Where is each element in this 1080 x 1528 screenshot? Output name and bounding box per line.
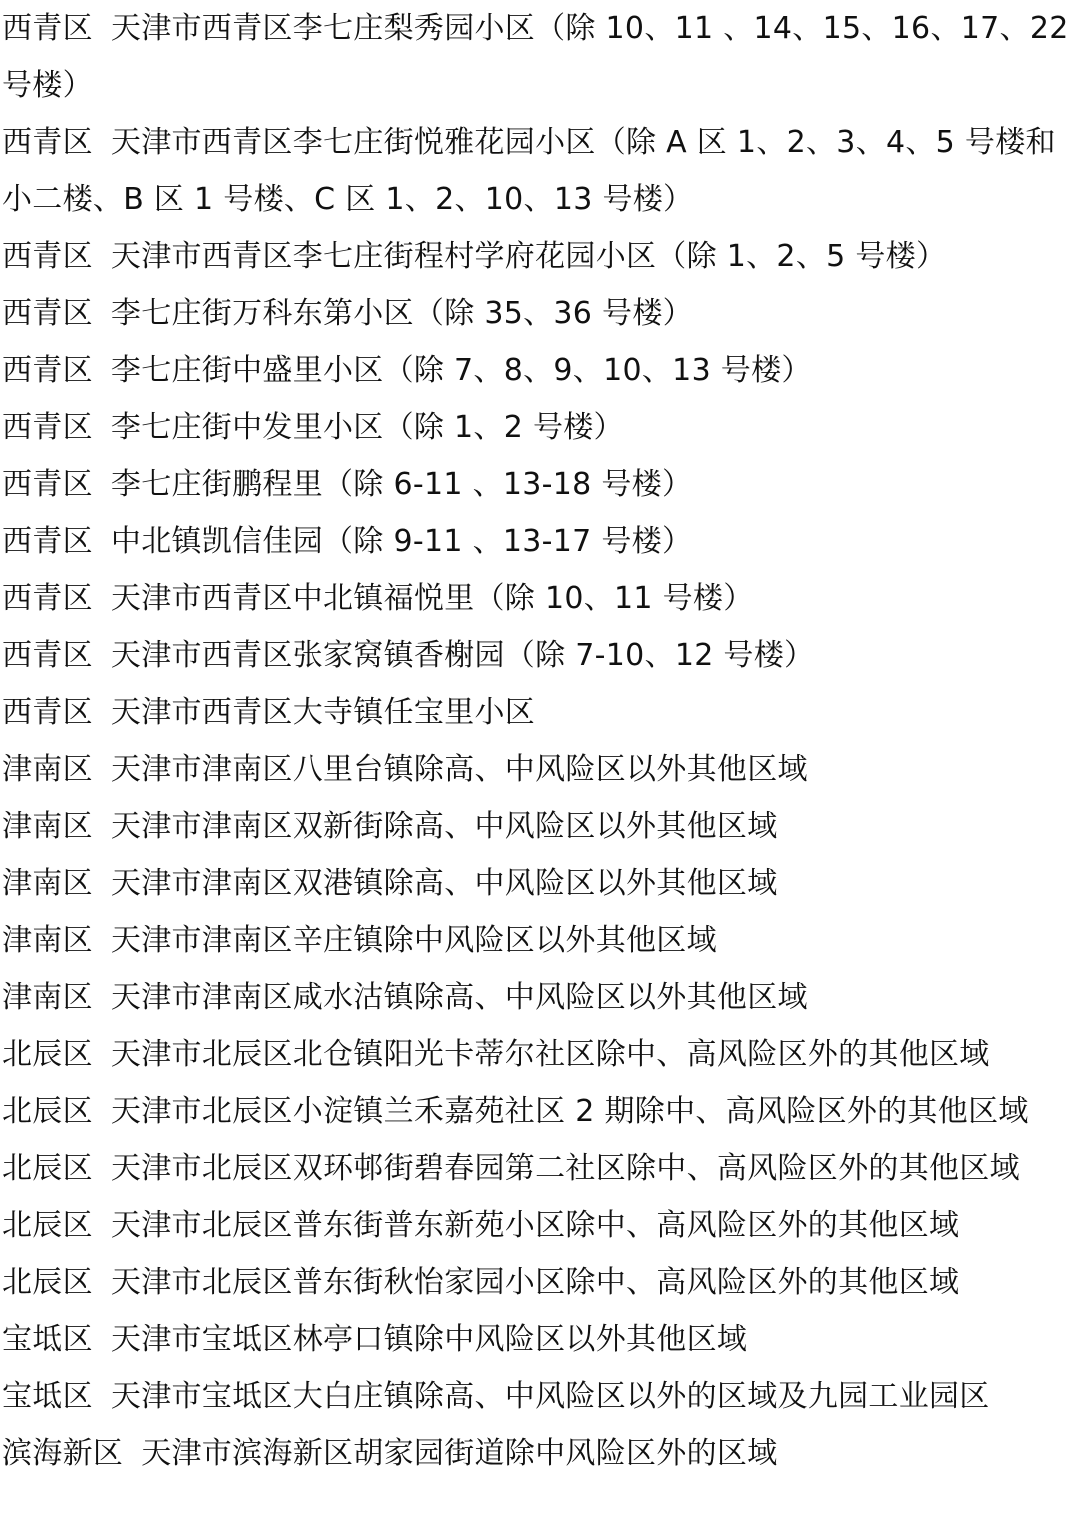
- district-name: 宝坻区: [2, 1322, 93, 1357]
- district-name: 西青区: [2, 695, 93, 730]
- list-item: 津南区天津市津南区双港镇除高、中风险区以外其他区域: [2, 855, 1080, 912]
- district-name: 津南区: [2, 866, 93, 901]
- list-item: 北辰区天津市北辰区小淀镇兰禾嘉苑社区 2 期除中、高风险区外的其他区域: [2, 1083, 1080, 1140]
- area-description: 天津市西青区李七庄梨秀园小区（除 10、11 、14、15、16、17、22 号…: [2, 11, 1069, 103]
- district-name: 北辰区: [2, 1208, 93, 1243]
- district-name: 西青区: [2, 125, 93, 160]
- district-name: 西青区: [2, 239, 93, 274]
- list-item: 宝坻区天津市宝坻区林亭口镇除中风险区以外其他区域: [2, 1311, 1080, 1368]
- district-name: 西青区: [2, 353, 93, 388]
- area-description: 中北镇凯信佳园（除 9-11 、13-17 号楼）: [111, 524, 692, 559]
- list-item: 西青区天津市西青区李七庄梨秀园小区（除 10、11 、14、15、16、17、2…: [2, 0, 1080, 114]
- list-item: 西青区天津市西青区中北镇福悦里（除 10、11 号楼）: [2, 570, 1080, 627]
- area-description: 天津市津南区双新街除高、中风险区以外其他区域: [111, 809, 778, 844]
- area-description: 天津市北辰区双环邨街碧春园第二社区除中、高风险区外的其他区域: [111, 1151, 1020, 1186]
- area-description: 天津市津南区辛庄镇除中风险区以外其他区域: [111, 923, 717, 958]
- list-item: 西青区李七庄街万科东第小区（除 35、36 号楼）: [2, 285, 1080, 342]
- area-description: 天津市北辰区北仓镇阳光卡蒂尔社区除中、高风险区外的其他区域: [111, 1037, 990, 1072]
- area-description: 天津市北辰区小淀镇兰禾嘉苑社区 2 期除中、高风险区外的其他区域: [111, 1094, 1029, 1129]
- district-name: 滨海新区: [2, 1436, 123, 1471]
- area-description: 天津市西青区李七庄街悦雅花园小区（除 A 区 1、2、3、4、5 号楼和小二楼、…: [2, 125, 1056, 217]
- list-item: 滨海新区天津市滨海新区胡家园街道除中风险区外的区域: [2, 1425, 1080, 1482]
- area-description: 天津市西青区张家窝镇香榭园（除 7-10、12 号楼）: [111, 638, 814, 673]
- list-item: 宝坻区天津市宝坻区大白庄镇除高、中风险区以外的区域及九园工业园区: [2, 1368, 1080, 1425]
- area-description: 天津市津南区八里台镇除高、中风险区以外其他区域: [111, 752, 808, 787]
- list-item: 西青区天津市西青区张家窝镇香榭园（除 7-10、12 号楼）: [2, 627, 1080, 684]
- district-name: 北辰区: [2, 1265, 93, 1300]
- area-description: 李七庄街万科东第小区（除 35、36 号楼）: [111, 296, 693, 331]
- list-item: 北辰区天津市北辰区普东街秋怡家园小区除中、高风险区外的其他区域: [2, 1254, 1080, 1311]
- list-item: 津南区天津市津南区八里台镇除高、中风险区以外其他区域: [2, 741, 1080, 798]
- list-item: 北辰区天津市北辰区普东街普东新苑小区除中、高风险区外的其他区域: [2, 1197, 1080, 1254]
- list-item: 津南区天津市津南区咸水沽镇除高、中风险区以外其他区域: [2, 969, 1080, 1026]
- district-name: 宝坻区: [2, 1379, 93, 1414]
- area-description: 天津市滨海新区胡家园街道除中风险区外的区域: [141, 1436, 777, 1471]
- list-item: 西青区李七庄街鹏程里（除 6-11 、13-18 号楼）: [2, 456, 1080, 513]
- list-item: 津南区天津市津南区双新街除高、中风险区以外其他区域: [2, 798, 1080, 855]
- area-description: 天津市津南区咸水沽镇除高、中风险区以外其他区域: [111, 980, 808, 1015]
- list-item: 西青区李七庄街中发里小区（除 1、2 号楼）: [2, 399, 1080, 456]
- district-name: 北辰区: [2, 1094, 93, 1129]
- area-description: 天津市北辰区普东街普东新苑小区除中、高风险区外的其他区域: [111, 1208, 959, 1243]
- district-name: 西青区: [2, 11, 93, 46]
- district-name: 津南区: [2, 752, 93, 787]
- area-description: 天津市西青区李七庄街程村学府花园小区（除 1、2、5 号楼）: [111, 239, 946, 274]
- area-description: 李七庄街中盛里小区（除 7、8、9、10、13 号楼）: [111, 353, 812, 388]
- district-name: 西青区: [2, 581, 93, 616]
- list-item: 津南区天津市津南区辛庄镇除中风险区以外其他区域: [2, 912, 1080, 969]
- list-item: 西青区中北镇凯信佳园（除 9-11 、13-17 号楼）: [2, 513, 1080, 570]
- district-name: 北辰区: [2, 1151, 93, 1186]
- district-name: 西青区: [2, 296, 93, 331]
- area-description: 李七庄街鹏程里（除 6-11 、13-18 号楼）: [111, 467, 692, 502]
- list-item: 北辰区天津市北辰区双环邨街碧春园第二社区除中、高风险区外的其他区域: [2, 1140, 1080, 1197]
- area-description: 天津市北辰区普东街秋怡家园小区除中、高风险区外的其他区域: [111, 1265, 959, 1300]
- area-list-document: 西青区天津市西青区李七庄梨秀园小区（除 10、11 、14、15、16、17、2…: [2, 0, 1080, 1482]
- district-name: 西青区: [2, 467, 93, 502]
- area-description: 李七庄街中发里小区（除 1、2 号楼）: [111, 410, 624, 445]
- district-name: 西青区: [2, 638, 93, 673]
- list-item: 西青区李七庄街中盛里小区（除 7、8、9、10、13 号楼）: [2, 342, 1080, 399]
- list-item: 西青区天津市西青区李七庄街程村学府花园小区（除 1、2、5 号楼）: [2, 228, 1080, 285]
- district-name: 津南区: [2, 923, 93, 958]
- district-name: 西青区: [2, 410, 93, 445]
- area-description: 天津市宝坻区林亭口镇除中风险区以外其他区域: [111, 1322, 747, 1357]
- list-item: 西青区天津市西青区李七庄街悦雅花园小区（除 A 区 1、2、3、4、5 号楼和小…: [2, 114, 1080, 228]
- district-name: 西青区: [2, 524, 93, 559]
- district-name: 津南区: [2, 809, 93, 844]
- district-name: 北辰区: [2, 1037, 93, 1072]
- district-name: 津南区: [2, 980, 93, 1015]
- list-item: 北辰区天津市北辰区北仓镇阳光卡蒂尔社区除中、高风险区外的其他区域: [2, 1026, 1080, 1083]
- area-description: 天津市宝坻区大白庄镇除高、中风险区以外的区域及九园工业园区: [111, 1379, 990, 1414]
- area-description: 天津市西青区大寺镇任宝里小区: [111, 695, 535, 730]
- list-item: 西青区天津市西青区大寺镇任宝里小区: [2, 684, 1080, 741]
- area-description: 天津市津南区双港镇除高、中风险区以外其他区域: [111, 866, 778, 901]
- area-description: 天津市西青区中北镇福悦里（除 10、11 号楼）: [111, 581, 754, 616]
